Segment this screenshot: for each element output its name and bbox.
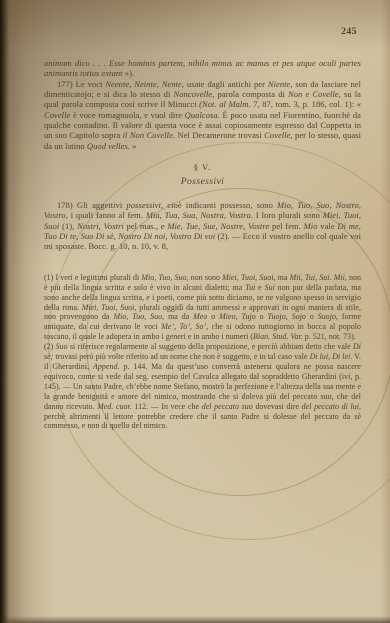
footnotes: (1) I veri e legittimi plurali di Mio, T… (44, 273, 361, 432)
section-heading: § V. Possessivi (44, 162, 361, 187)
book-page: 245 animum dico . . . Esse hominis parte… (0, 0, 390, 623)
page-number: 245 (341, 27, 357, 37)
paragraph-178: 178) Gli aggettivi possessivi, cioè indi… (44, 200, 361, 252)
footnote-2: (2) Suo si riferisce regolarmente al sug… (44, 342, 361, 431)
footnote-1: (1) I veri e legittimi plurali di Mio, T… (44, 273, 361, 342)
text-column: animum dico . . . Esse hominis partem, n… (44, 58, 361, 431)
section-number: § V. (44, 162, 361, 172)
latin-quote-continuation: animum dico . . . Esse hominis partem, n… (44, 58, 361, 79)
section-title: Possessivi (44, 176, 361, 187)
paragraph-177: 177) Le voci Neente, Neinte, Nente, usat… (44, 79, 361, 151)
